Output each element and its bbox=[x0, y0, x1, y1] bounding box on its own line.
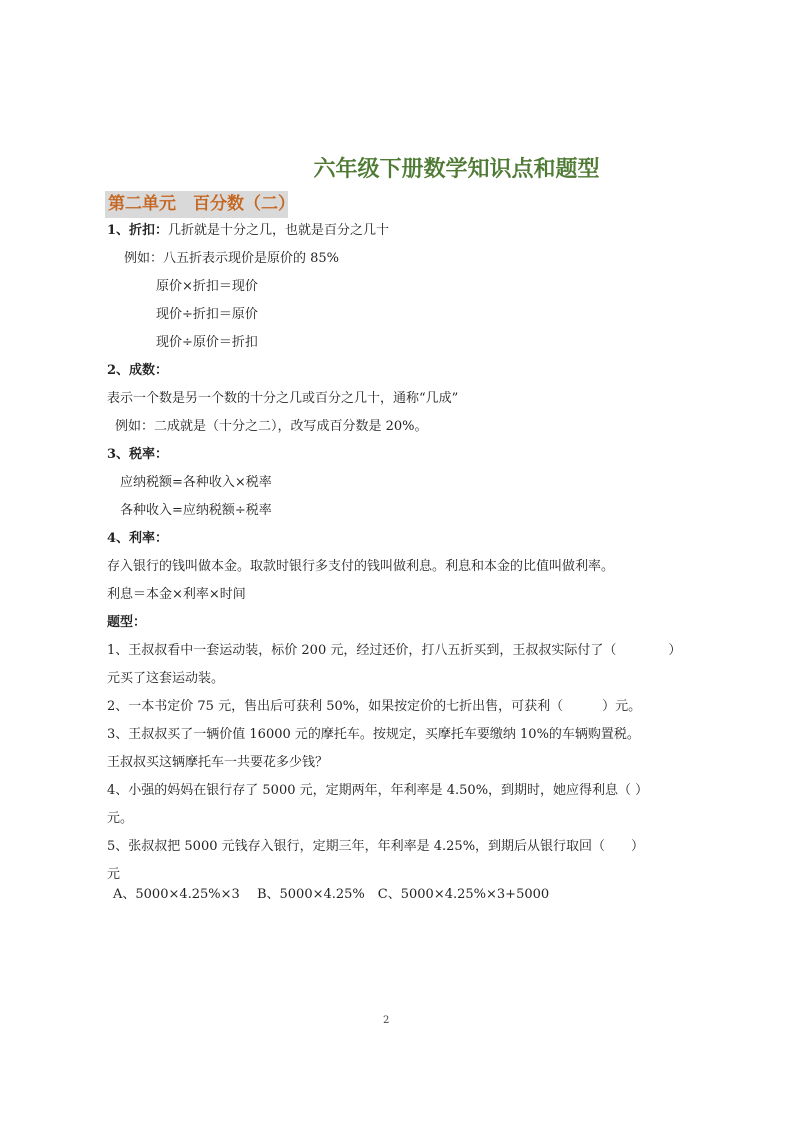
text-line: 元 bbox=[107, 866, 120, 884]
text-line: 例如：二成就是（十分之二），改写成百分数是 20%。 bbox=[115, 418, 428, 436]
text-line: 题型： bbox=[107, 614, 146, 632]
line-text: 元买了这套运动装。 bbox=[107, 671, 224, 686]
text-line: 原价×折扣＝现价 bbox=[156, 278, 258, 296]
section-heading: 第二单元 百分数（二） bbox=[105, 191, 288, 218]
line-text: 王叔叔买这辆摩托车一共要花多少钱？ bbox=[107, 755, 328, 770]
text-line: 3、税率： bbox=[107, 446, 168, 464]
page-number: 2 bbox=[383, 1015, 389, 1026]
line-heading: 2、成数： bbox=[107, 363, 168, 378]
line-text: A、5000×4.25%×3 B、5000×4.25% C、5000×4.25%… bbox=[113, 887, 549, 902]
line-text: 几折就是十分之几，也就是百分之几十 bbox=[168, 223, 389, 238]
line-heading: 1、折扣： bbox=[107, 223, 168, 238]
text-line: A、5000×4.25%×3 B、5000×4.25% C、5000×4.25%… bbox=[113, 886, 549, 904]
line-text: 2、一本书定价 75 元，售出后可获利 50%，如果按定价的七折出售，可获利（ … bbox=[107, 699, 641, 714]
text-line: 现价÷原价＝折扣 bbox=[156, 334, 258, 352]
text-line: 2、成数： bbox=[107, 362, 168, 380]
line-heading: 3、税率： bbox=[107, 447, 168, 462]
line-text: 3、王叔叔买了一辆价值 16000 元的摩托车。按规定，买摩托车要缴纳 10%的… bbox=[107, 727, 640, 742]
line-text: 利息＝本金×利率×时间 bbox=[107, 587, 246, 602]
text-line: 应纳税额=各种收入×税率 bbox=[120, 474, 272, 492]
line-text: 4、小强的妈妈在银行存了 5000 元，定期两年，年利率是 4.50%，到期时，… bbox=[107, 783, 648, 798]
line-text: 现价÷原价＝折扣 bbox=[156, 335, 258, 350]
text-line: 5、张叔叔把 5000 元钱存入银行，定期三年，年利率是 4.25%，到期后从银… bbox=[107, 838, 644, 856]
text-line: 4、小强的妈妈在银行存了 5000 元，定期两年，年利率是 4.50%，到期时，… bbox=[107, 782, 648, 800]
text-line: 现价÷折扣＝原价 bbox=[156, 306, 258, 324]
text-line: 元买了这套运动装。 bbox=[107, 670, 224, 688]
line-text: 现价÷折扣＝原价 bbox=[156, 307, 258, 322]
text-line: 利息＝本金×利率×时间 bbox=[107, 586, 246, 604]
text-line: 各种收入=应纳税额÷税率 bbox=[120, 502, 272, 520]
line-heading: 4、利率： bbox=[107, 531, 168, 546]
document-title: 六年级下册数学知识点和题型 bbox=[0, 152, 793, 183]
text-line: 2、一本书定价 75 元，售出后可获利 50%，如果按定价的七折出售，可获利（ … bbox=[107, 698, 641, 716]
text-line: 元。 bbox=[107, 810, 133, 828]
line-text: 5、张叔叔把 5000 元钱存入银行，定期三年，年利率是 4.25%，到期后从银… bbox=[107, 839, 644, 854]
line-text: 应纳税额=各种收入×税率 bbox=[120, 475, 272, 490]
text-line: 1、折扣：几折就是十分之几，也就是百分之几十 bbox=[107, 222, 389, 240]
line-text: 1、王叔叔看中一套运动装，标价 200 元，经过还价，打八五折买到，王叔叔实际付… bbox=[107, 643, 681, 658]
line-text: 例如：二成就是（十分之二），改写成百分数是 20%。 bbox=[115, 419, 428, 434]
text-line: 王叔叔买这辆摩托车一共要花多少钱？ bbox=[107, 754, 328, 772]
line-text: 例如：八五折表示现价是原价的 85% bbox=[124, 251, 339, 266]
text-line: 存入银行的钱叫做本金。取款时银行多支付的钱叫做利息。利息和本金的比值叫做利率。 bbox=[107, 558, 614, 576]
line-text: 存入银行的钱叫做本金。取款时银行多支付的钱叫做利息。利息和本金的比值叫做利率。 bbox=[107, 559, 614, 574]
text-line: 1、王叔叔看中一套运动装，标价 200 元，经过还价，打八五折买到，王叔叔实际付… bbox=[107, 642, 681, 660]
line-heading: 题型： bbox=[107, 615, 146, 630]
line-text: 原价×折扣＝现价 bbox=[156, 279, 258, 294]
text-line: 3、王叔叔买了一辆价值 16000 元的摩托车。按规定，买摩托车要缴纳 10%的… bbox=[107, 726, 640, 744]
text-line: 例如：八五折表示现价是原价的 85% bbox=[124, 250, 339, 268]
line-text: 元。 bbox=[107, 811, 133, 826]
line-text: 元 bbox=[107, 867, 120, 882]
line-text: 各种收入=应纳税额÷税率 bbox=[120, 503, 272, 518]
text-line: 4、利率： bbox=[107, 530, 168, 548]
line-text: 表示一个数是另一个数的十分之几或百分之几十，通称“几成” bbox=[107, 391, 458, 406]
text-line: 表示一个数是另一个数的十分之几或百分之几十，通称“几成” bbox=[107, 390, 458, 408]
